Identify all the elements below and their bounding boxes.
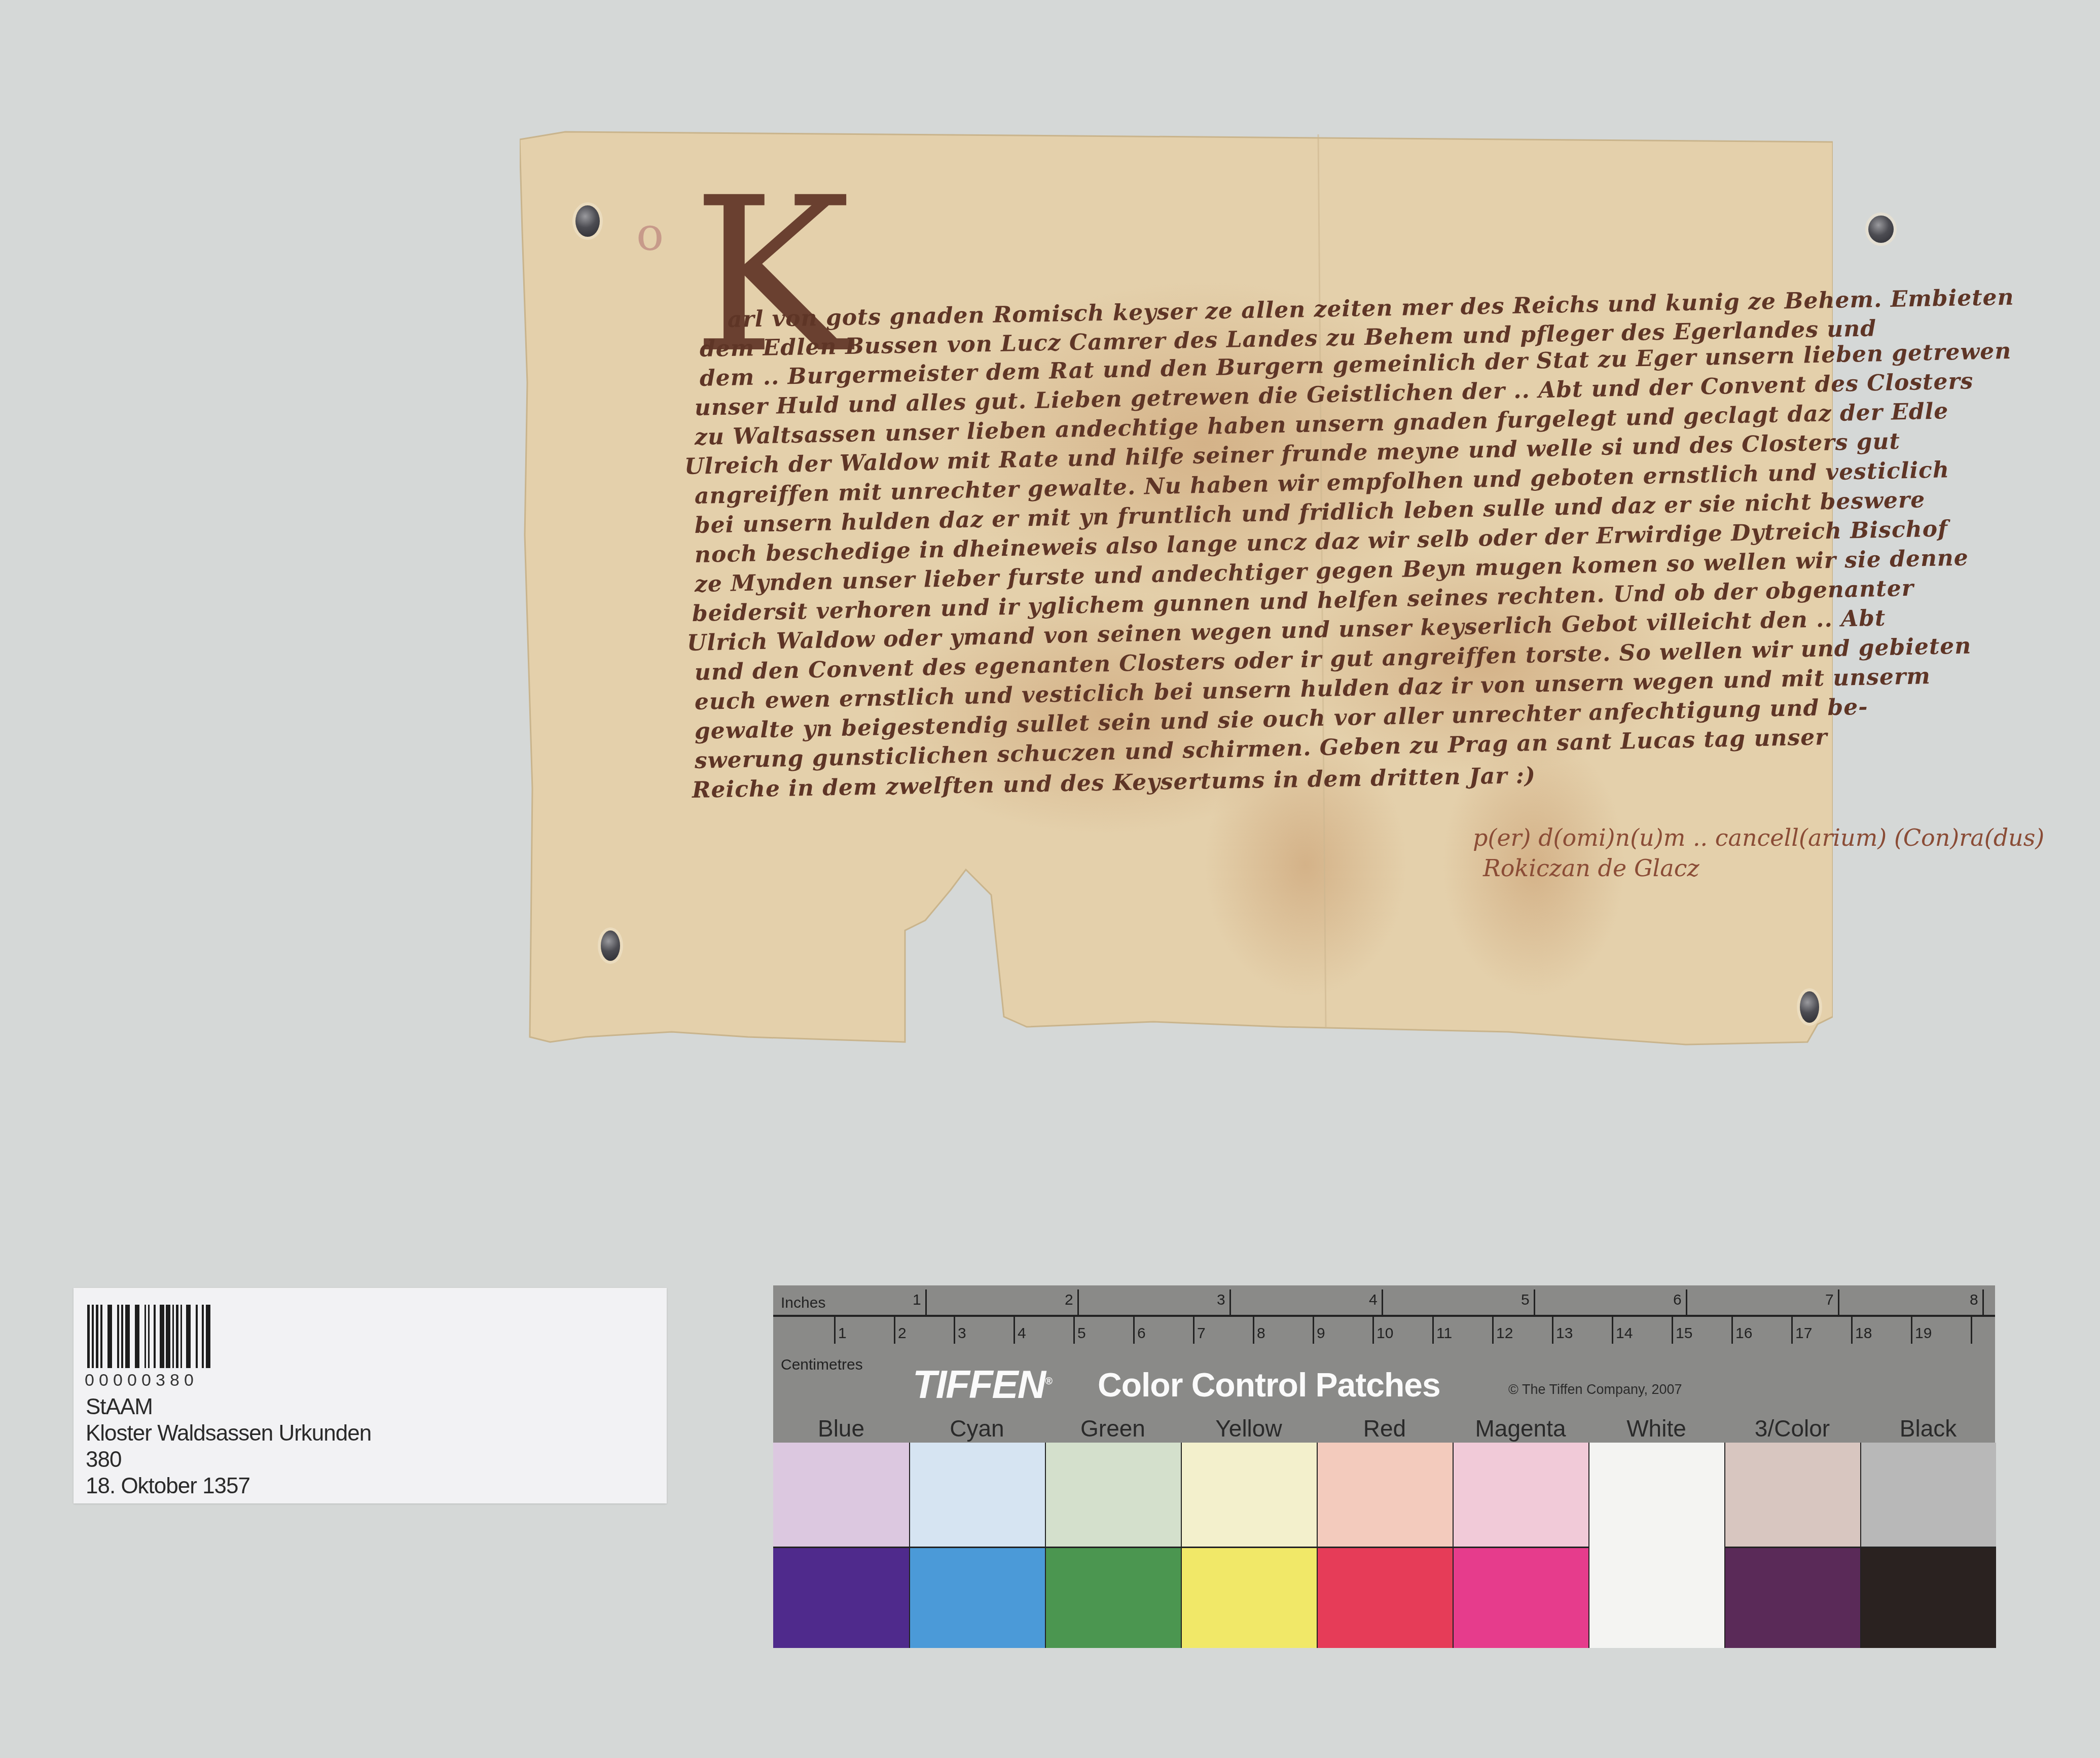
inch-number: 4 bbox=[1369, 1291, 1378, 1309]
ruler-baseline bbox=[773, 1315, 1995, 1317]
cm-number: 16 bbox=[1735, 1325, 1752, 1342]
cm-number: 11 bbox=[1436, 1325, 1452, 1342]
subscription-line-2: Rokiczan de Glacz bbox=[1483, 854, 1699, 882]
inch-tick bbox=[1229, 1289, 1231, 1316]
cm-number: 12 bbox=[1496, 1325, 1513, 1342]
barcode-digit: 8 bbox=[170, 1371, 179, 1390]
cm-number: 4 bbox=[1018, 1325, 1026, 1342]
patch-black-light bbox=[1860, 1443, 1996, 1547]
patch-label-red: Red bbox=[1317, 1415, 1453, 1442]
inch-tick bbox=[1382, 1289, 1383, 1316]
patch-label-black: Black bbox=[1860, 1415, 1996, 1442]
cm-number: 14 bbox=[1616, 1325, 1633, 1342]
cm-number: 19 bbox=[1915, 1325, 1932, 1342]
barcode-digit: 0 bbox=[99, 1371, 108, 1390]
barcode-number: 0 0 0 0 0 3 8 0 bbox=[85, 1371, 194, 1390]
mounting-pin-top-right bbox=[1868, 216, 1894, 243]
cm-number: 17 bbox=[1795, 1325, 1812, 1342]
inch-number: 2 bbox=[1065, 1291, 1073, 1309]
patch-label-yellow: Yellow bbox=[1181, 1415, 1317, 1442]
chart-title: Color Control Patches bbox=[1098, 1366, 1440, 1404]
archive-label: 0 0 0 0 0 3 8 0 StAAM Kloster Waldsassen… bbox=[74, 1288, 667, 1503]
document-number: 380 bbox=[86, 1447, 121, 1473]
inch-number: 7 bbox=[1825, 1291, 1834, 1309]
cm-number: 13 bbox=[1556, 1325, 1573, 1342]
inch-number: 8 bbox=[1970, 1291, 1978, 1309]
barcode-digit: 0 bbox=[85, 1371, 94, 1390]
mounting-pin-bottom-right bbox=[1800, 991, 1819, 1023]
color-control-chart: Inches 1 2 3 4 5 6 7 8 1 2 3 4 5 bbox=[773, 1285, 1995, 1648]
inch-tick bbox=[1534, 1289, 1535, 1316]
inch-number: 3 bbox=[1217, 1291, 1225, 1309]
centimetres-label: Centimetres bbox=[781, 1356, 863, 1374]
cm-number: 2 bbox=[898, 1325, 907, 1342]
mounting-pin-bottom-left bbox=[601, 930, 620, 961]
patch-yellow-light bbox=[1181, 1443, 1317, 1547]
cm-number: 3 bbox=[958, 1325, 966, 1342]
patch-cyan-light bbox=[909, 1443, 1045, 1547]
inch-number: 6 bbox=[1673, 1291, 1682, 1309]
patch-blue-light bbox=[773, 1443, 909, 1547]
subscription-line-1: p(er) d(omi)n(u)m .. cancell(arium) (Con… bbox=[1473, 824, 2044, 851]
registered-mark: ® bbox=[1045, 1376, 1052, 1387]
copyright-notice: © The Tiffen Company, 2007 bbox=[1508, 1382, 1682, 1397]
barcode-digit: 0 bbox=[141, 1371, 151, 1390]
folio-mark: o bbox=[636, 208, 664, 261]
patch-green-light bbox=[1045, 1443, 1181, 1547]
patch-label-cyan: Cyan bbox=[909, 1415, 1045, 1442]
tiffen-logo: TIFFEN® bbox=[913, 1361, 1052, 1408]
patch-blue-dark bbox=[773, 1547, 909, 1648]
cm-number: 5 bbox=[1077, 1325, 1086, 1342]
cm-number: 6 bbox=[1137, 1325, 1146, 1342]
patch-green-dark bbox=[1045, 1547, 1181, 1648]
patch-white bbox=[1588, 1443, 1724, 1648]
patch-label-white: White bbox=[1588, 1415, 1724, 1442]
patch-label-blue: Blue bbox=[773, 1415, 909, 1442]
cm-number: 9 bbox=[1317, 1325, 1325, 1342]
cm-number: 10 bbox=[1377, 1325, 1393, 1342]
inch-tick bbox=[1838, 1289, 1839, 1316]
mounting-pin-top-left bbox=[575, 205, 600, 237]
barcode-digit: 0 bbox=[127, 1371, 137, 1390]
patch-3color-light bbox=[1724, 1443, 1860, 1547]
cm-number: 1 bbox=[838, 1325, 847, 1342]
patch-3color-dark bbox=[1724, 1547, 1860, 1648]
inch-number: 1 bbox=[913, 1291, 921, 1309]
collection-name: Kloster Waldsassen Urkunden bbox=[86, 1421, 371, 1446]
patch-label-green: Green bbox=[1045, 1415, 1181, 1442]
patch-red-light bbox=[1317, 1443, 1453, 1547]
barcode-digit: 0 bbox=[113, 1371, 123, 1390]
patch-yellow-dark bbox=[1181, 1547, 1317, 1648]
barcode bbox=[87, 1305, 210, 1368]
patch-label-3color: 3/Color bbox=[1724, 1415, 1860, 1442]
charter-parchment: o K arl von gots gnaden Romisch keyser z… bbox=[520, 129, 1833, 1088]
inch-tick bbox=[925, 1289, 927, 1316]
patch-label-magenta: Magenta bbox=[1453, 1415, 1588, 1442]
inch-tick bbox=[1982, 1289, 1984, 1316]
inches-label: Inches bbox=[781, 1295, 825, 1312]
brand-name: TIFFEN bbox=[913, 1362, 1045, 1407]
patch-cyan-dark bbox=[909, 1547, 1045, 1648]
patch-black-dark bbox=[1860, 1547, 1996, 1648]
archive-name: StAAM bbox=[86, 1394, 153, 1420]
inch-number: 5 bbox=[1521, 1291, 1530, 1309]
cm-number: 15 bbox=[1676, 1325, 1692, 1342]
cm-number: 18 bbox=[1855, 1325, 1872, 1342]
inch-tick bbox=[1686, 1289, 1687, 1316]
barcode-digit: 3 bbox=[156, 1371, 165, 1390]
inch-tick bbox=[1077, 1289, 1079, 1316]
document-date: 18. Oktober 1357 bbox=[86, 1474, 250, 1499]
cm-number: 8 bbox=[1257, 1325, 1265, 1342]
patch-magenta-dark bbox=[1453, 1547, 1588, 1648]
cm-number: 7 bbox=[1197, 1325, 1206, 1342]
barcode-digit: 0 bbox=[184, 1371, 194, 1390]
patch-magenta-light bbox=[1453, 1443, 1588, 1547]
patch-red-dark bbox=[1317, 1547, 1453, 1648]
